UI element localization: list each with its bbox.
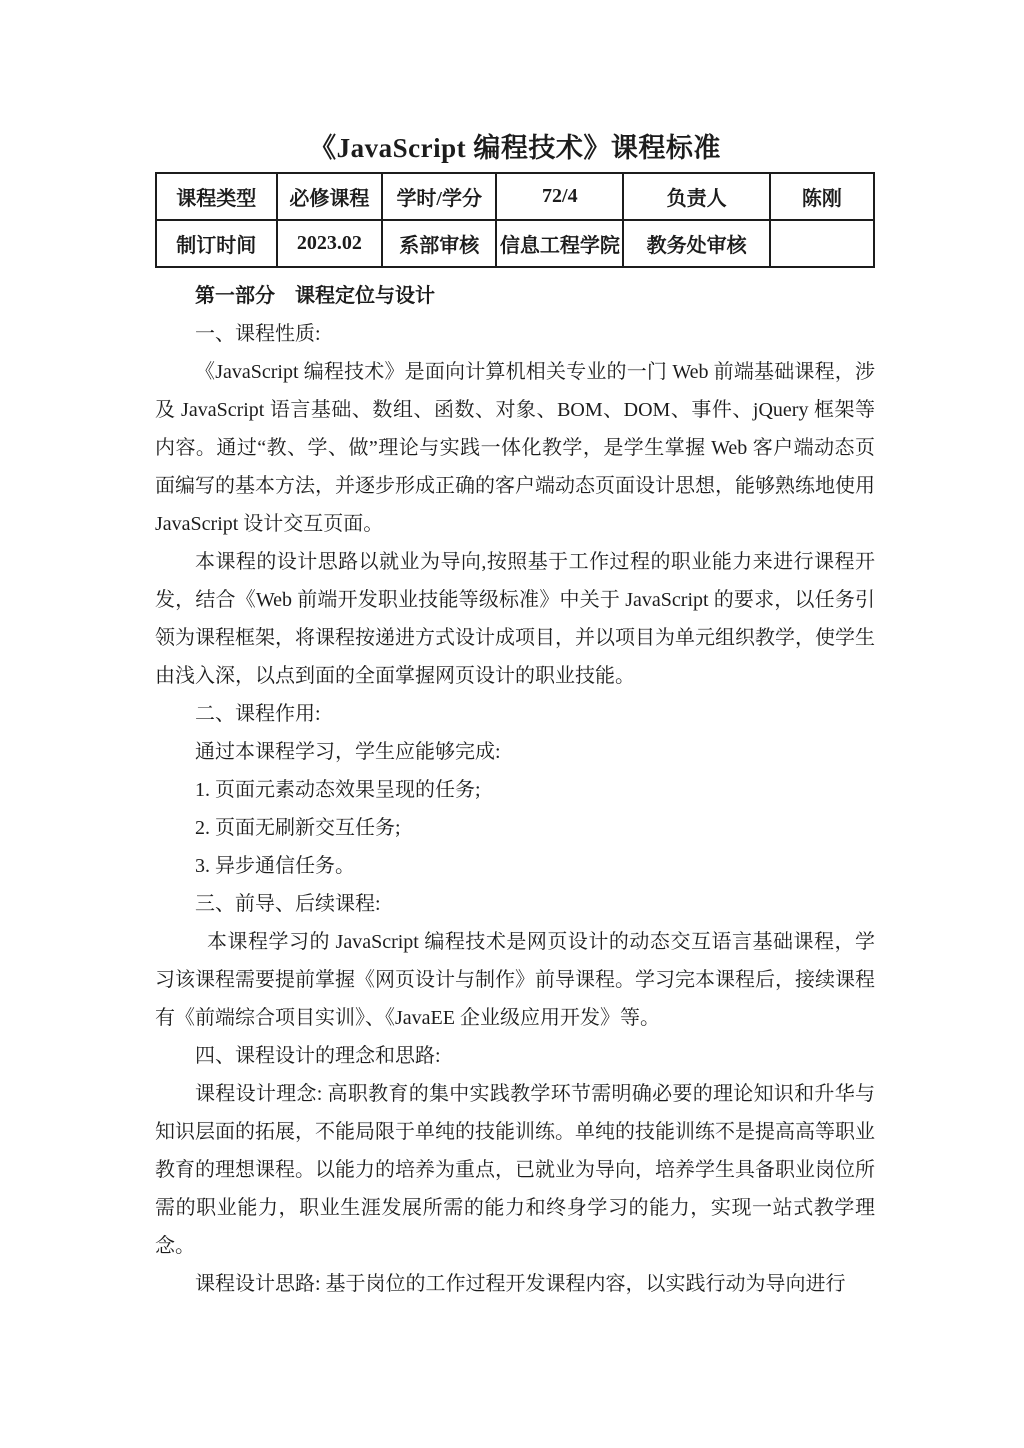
leader-label: 负责人 (623, 173, 769, 220)
list-item-2: 2. 页面无刷新交互任务; (155, 809, 875, 847)
dept-review-value: 信息工程学院 (496, 220, 623, 267)
date-label: 制订时间 (156, 220, 277, 267)
academic-office-review-value (770, 220, 874, 267)
hours-credits-label: 学时/学分 (382, 173, 496, 220)
course-info-table: 课程类型 必修课程 学时/学分 72/4 负责人 陈刚 制订时间 2023.02… (155, 172, 875, 268)
document-title: 《JavaScript 编程技术》课程标准 (155, 132, 875, 164)
subsection-heading-course-nature: 一、课程性质: (155, 315, 875, 353)
paragraph-design-concept: 课程设计理念: 高职教育的集中实践教学环节需明确必要的理论知识和升华与知识层面的… (155, 1075, 875, 1265)
hours-credits-value: 72/4 (496, 173, 623, 220)
paragraph-design-thinking: 课程设计思路: 基于岗位的工作过程开发课程内容，以实践行动为导向进行 (155, 1265, 875, 1303)
section-heading: 第一部分 课程定位与设计 (155, 277, 875, 315)
subsection-heading-design-concept: 四、课程设计的理念和思路: (155, 1037, 875, 1075)
subsection-heading-prerequisite-courses: 三、前导、后续课程: (155, 885, 875, 923)
list-item-1: 1. 页面元素动态效果呈现的任务; (155, 771, 875, 809)
leader-value: 陈刚 (770, 173, 874, 220)
paragraph-course-nature: 《JavaScript 编程技术》是面向计算机相关专业的一门 Web 前端基础课… (155, 353, 875, 543)
table-row: 制订时间 2023.02 系部审核 信息工程学院 教务处审核 (156, 220, 874, 267)
list-item-3: 3. 异步通信任务。 (155, 847, 875, 885)
date-value: 2023.02 (277, 220, 383, 267)
dept-review-label: 系部审核 (382, 220, 496, 267)
document-page: 《JavaScript 编程技术》课程标准 课程类型 必修课程 学时/学分 72… (0, 0, 1024, 1448)
paragraph-course-role-intro: 通过本课程学习，学生应能够完成: (155, 733, 875, 771)
paragraph-design-approach: 本课程的设计思路以就业为导向,按照基于工作过程的职业能力来进行课程开发，结合《W… (155, 543, 875, 695)
paragraph-prerequisite-courses: 本课程学习的 JavaScript 编程技术是网页设计的动态交互语言基础课程，学… (155, 923, 875, 1037)
course-type-label: 课程类型 (156, 173, 277, 220)
course-type-value: 必修课程 (277, 173, 383, 220)
document-body: 第一部分 课程定位与设计 一、课程性质: 《JavaScript 编程技术》是面… (155, 277, 875, 1303)
academic-office-review-label: 教务处审核 (623, 220, 769, 267)
subsection-heading-course-role: 二、课程作用: (155, 695, 875, 733)
table-row: 课程类型 必修课程 学时/学分 72/4 负责人 陈刚 (156, 173, 874, 220)
